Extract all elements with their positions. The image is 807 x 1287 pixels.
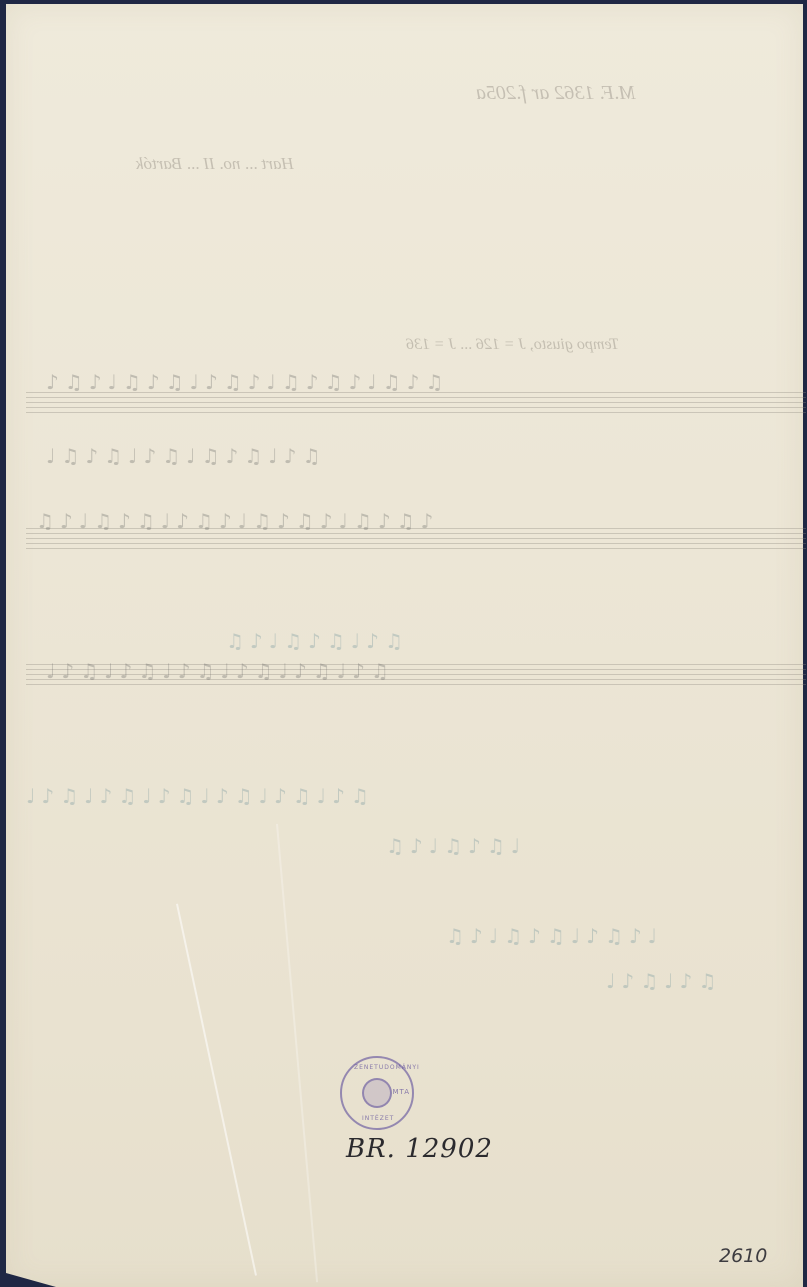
- ghost-catalog-note: M.F. 1362 ar f.205a: [476, 82, 636, 105]
- institute-stamp: ZENETUDOMÁNYI INTÉZET MTA: [340, 1056, 414, 1130]
- faint-notation-5: ♩♪♫♩♪♫♩♪♫♩♪♫♩♪♫♩♪♫: [46, 659, 395, 683]
- stamp-text-bottom: INTÉZET: [362, 1115, 394, 1122]
- stamp-text-top: ZENETUDOMÁNYI: [354, 1064, 420, 1071]
- faint-notation-3: ♫♪♩♫♪♫♩♪♫♪♩♫♪♫♪♩♫♪♫♪: [36, 509, 439, 533]
- paper-crease: [276, 824, 318, 1282]
- music-staff-1: [26, 392, 806, 417]
- faint-notation-8: ♫♪♩♫♪♫♩♪♫♪♩: [446, 924, 663, 948]
- stamp-emblem-icon: [362, 1078, 392, 1108]
- faint-notation-9: ♩♪♫♩♪♫: [606, 969, 722, 993]
- paper-crease: [176, 904, 257, 1276]
- faint-notation-1: ♪♫♪♩♫♪♫♩♪♫♪♩♫♪♫♪♩♫♪♫: [46, 370, 449, 394]
- ghost-tempo-note: Tempo giusto, J = 126 ... J = 136: [406, 336, 619, 354]
- faint-notation-4: ♫♪♩♫♪♫♩♪♫: [226, 629, 409, 653]
- page-number: 2610: [719, 1245, 767, 1267]
- faint-notation-6: ♩♪♫♩♪♫♩♪♫♩♪♫♩♪♫♩♪♫: [26, 784, 375, 808]
- stamp-text-side: MTA: [392, 1088, 410, 1096]
- shelfmark: BR. 12902: [346, 1134, 493, 1164]
- ghost-heading-note: Hart ... no. II ... Bartók: [136, 154, 294, 174]
- faint-notation-2: ♩♫♪♫♩♪♫♩♫♪♫♩♪♫: [46, 444, 326, 468]
- faint-notation-7: ♫♪♩♫♪♫♩: [386, 834, 526, 858]
